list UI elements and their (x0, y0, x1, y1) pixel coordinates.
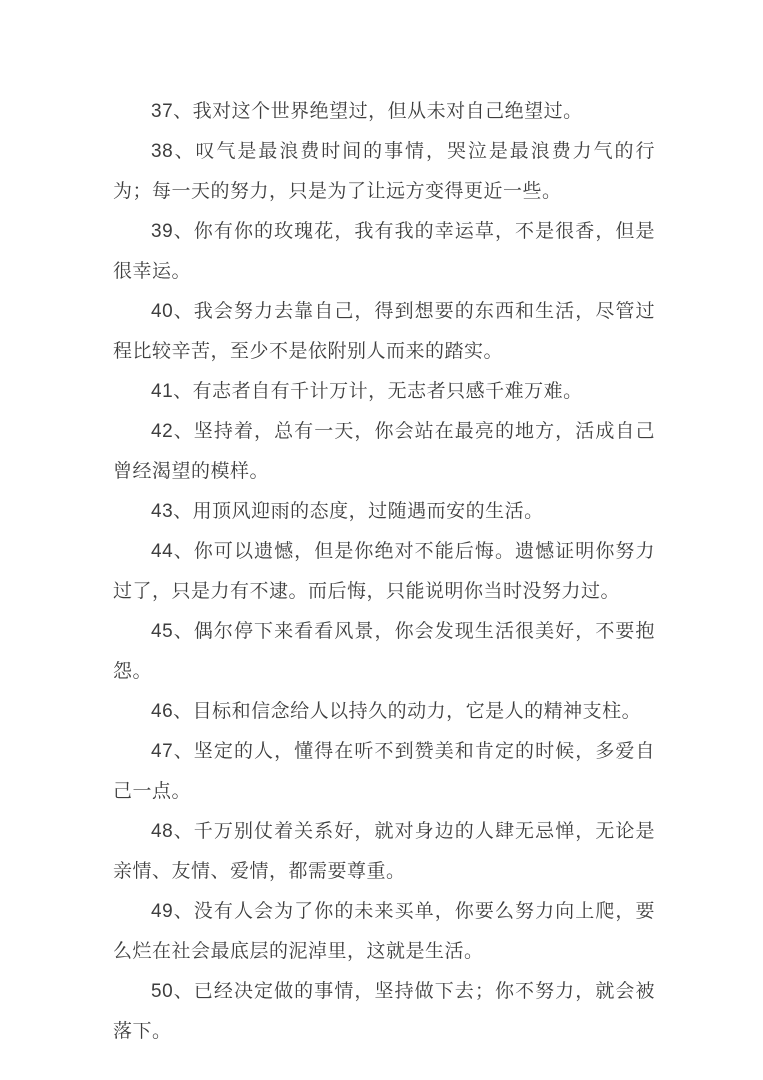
quote-paragraph: 43、用顶风迎雨的态度，过随遇而安的生活。 (113, 492, 655, 532)
quote-paragraph: 48、千万别仗着关系好，就对身边的人肆无忌惮，无论是亲情、友情、爱情，都需要尊重… (113, 812, 655, 892)
quote-paragraph: 47、坚定的人，懂得在听不到赞美和肯定的时候，多爱自己一点。 (113, 732, 655, 812)
document-body: 37、我对这个世界绝望过，但从未对自己绝望过。38、叹气是最浪费时间的事情，哭泣… (113, 92, 655, 1052)
quote-paragraph: 41、有志者自有千计万计，无志者只感千难万难。 (113, 372, 655, 412)
quote-paragraph: 42、坚持着，总有一天，你会站在最亮的地方，活成自己曾经渴望的模样。 (113, 412, 655, 492)
quote-paragraph: 46、目标和信念给人以持久的动力，它是人的精神支柱。 (113, 692, 655, 732)
document-page: 37、我对这个世界绝望过，但从未对自己绝望过。38、叹气是最浪费时间的事情，哭泣… (0, 0, 763, 1080)
quote-paragraph: 44、你可以遗憾，但是你绝对不能后悔。遗憾证明你努力过了，只是力有不逮。而后悔，… (113, 532, 655, 612)
quote-paragraph: 37、我对这个世界绝望过，但从未对自己绝望过。 (113, 92, 655, 132)
quote-paragraph: 45、偶尔停下来看看风景，你会发现生活很美好，不要抱怨。 (113, 612, 655, 692)
quote-paragraph: 38、叹气是最浪费时间的事情，哭泣是最浪费力气的行为；每一天的努力，只是为了让远… (113, 132, 655, 212)
quote-paragraph: 40、我会努力去靠自己，得到想要的东西和生活，尽管过程比较辛苦，至少不是依附别人… (113, 292, 655, 372)
quote-paragraph: 49、没有人会为了你的未来买单，你要么努力向上爬，要么烂在社会最底层的泥淖里，这… (113, 892, 655, 972)
quote-paragraph: 50、已经决定做的事情，坚持做下去；你不努力，就会被落下。 (113, 972, 655, 1052)
quote-paragraph: 39、你有你的玫瑰花，我有我的幸运草，不是很香，但是很幸运。 (113, 212, 655, 292)
